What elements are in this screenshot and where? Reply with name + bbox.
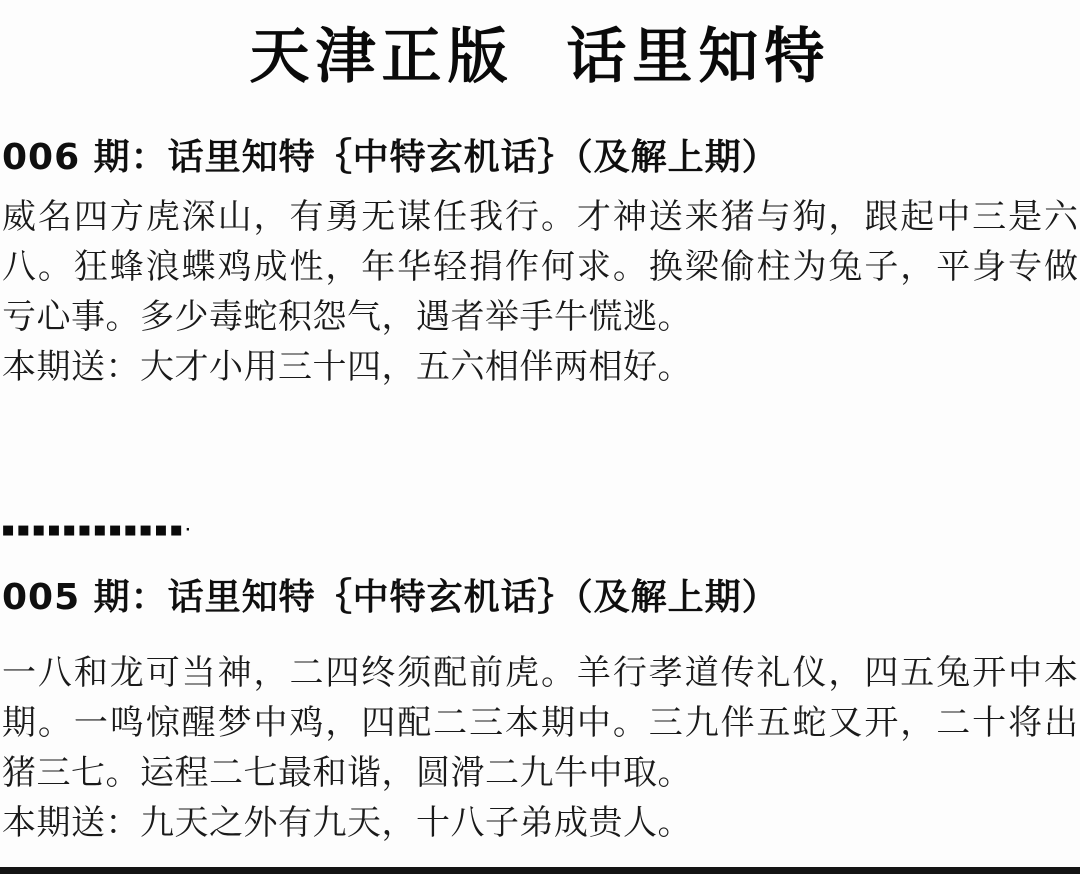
section-006: 006 期：话里知特｛中特玄机话｝（及解上期） 威名四方虎深山，有勇无谋任我行。… [2, 136, 1078, 392]
text-line: 一八和龙可当神，二四终须配前虎。羊行孝道传礼仪，四五兔开中本 [2, 648, 1078, 698]
page-title: 天津正版 话里知特 [2, 18, 1078, 96]
dotted-separator: ■■■■■■■■■■■■· [2, 524, 1078, 538]
section-005-heading: 005 期：话里知特｛中特玄机话｝（及解上期） [2, 576, 1078, 620]
text-line: 期。一鸣惊醒梦中鸡，四配二三本期中。三九伴五蛇又开，二十将出 [2, 698, 1078, 748]
gift-line: 本期送：九天之外有九天，十八子弟成贵人。 [2, 798, 1078, 848]
document-body: 天津正版 话里知特 006 期：话里知特｛中特玄机话｝（及解上期） 威名四方虎深… [0, 18, 1080, 848]
scanned-document-page: { "doc": { "title": "天津正版 话里知特", "separa… [0, 0, 1080, 874]
text-line: 猪三七。运程二七最和谐，圆滑二九牛中取。 [2, 748, 1078, 798]
bottom-scan-edge-bar [0, 867, 1080, 874]
section-006-heading: 006 期：话里知特｛中特玄机话｝（及解上期） [2, 136, 1078, 180]
text-line: 亏心事。多少毒蛇积怨气，遇者举手牛慌逃。 [2, 292, 1078, 342]
text-line: 八。狂蜂浪蝶鸡成性，年华轻捐作何求。换梁偷柱为兔子，平身专做 [2, 242, 1078, 292]
section-006-paragraph: 威名四方虎深山，有勇无谋任我行。才神送来猪与狗，跟起中三是六 八。狂蜂浪蝶鸡成性… [2, 192, 1078, 392]
section-005: 005 期：话里知特｛中特玄机话｝（及解上期） 一八和龙可当神，二四终须配前虎。… [2, 576, 1078, 848]
section-005-paragraph: 一八和龙可当神，二四终须配前虎。羊行孝道传礼仪，四五兔开中本 期。一鸣惊醒梦中鸡… [2, 648, 1078, 848]
gift-line: 本期送：大才小用三十四，五六相伴两相好。 [2, 342, 1078, 392]
text-line: 威名四方虎深山，有勇无谋任我行。才神送来猪与狗，跟起中三是六 [2, 192, 1078, 242]
